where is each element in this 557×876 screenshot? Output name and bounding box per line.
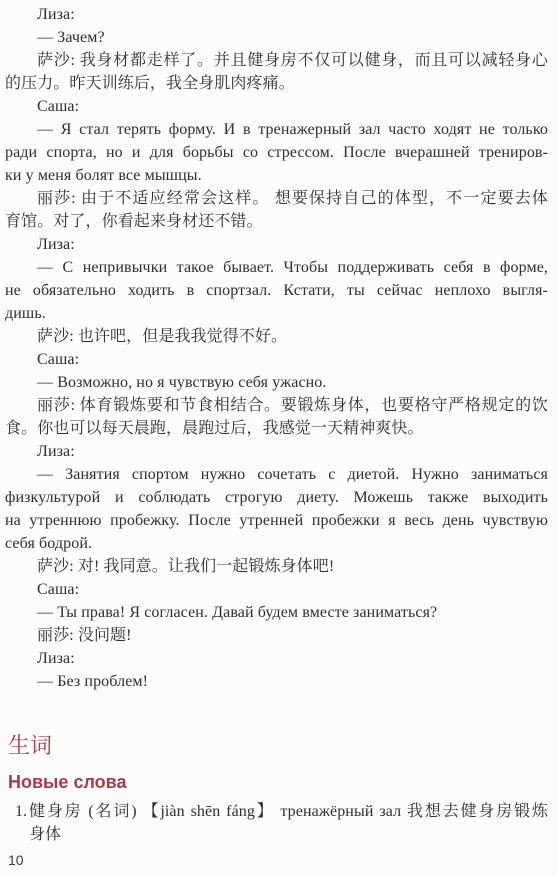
dialogue-line: физкультурой и соблюдать строгую диету. … [5, 486, 548, 509]
dialogue-line: 的压力。昨天训练后，我全身肌肉疼痛。 [5, 72, 548, 95]
dialogue-line: — С непривычки такое бывает. Чтобы подде… [5, 256, 548, 279]
dialogue-line: 萨沙: 我身材都走样了。并且健身房不仅可以健身，而且可以减轻身心 [5, 49, 548, 72]
dialogue-line: — Зачем? [5, 26, 548, 49]
dialogue-line: 丽莎: 体育锻炼要和节食相结合。要锻炼身体，也要格守严格规定的饮 [5, 394, 548, 417]
dialogue-line: 育馆。对了，你看起来身材还不错。 [5, 210, 548, 233]
speaker-label: Саша: [5, 578, 548, 601]
speaker-label: Лиза: [5, 233, 548, 256]
dialogue-line: — Без проблем! [5, 670, 548, 693]
speaker-label: Лиза: [5, 440, 548, 463]
dialogue-line: ради спорта, но и для борьбы со стрессом… [5, 141, 548, 164]
dialogue-line: — Ты права! Я согласен. Давай будем вмес… [5, 601, 548, 624]
vocab-item-number: 1. [15, 800, 27, 823]
dialogue-line: не обязательно ходить в спортзал. Кстати… [5, 279, 548, 302]
vocab-line: 健身房 (名词) 【jiàn shēn fáng】 тренажёрный за… [29, 800, 548, 823]
page-content: Лиза:— Зачем?萨沙: 我身材都走样了。并且健身房不仅可以健身，而且可… [0, 0, 557, 846]
vocab-line: 身体 [29, 823, 548, 846]
dialogue-line: 食。你也可以每天晨跑，晨跑过后，我感觉一天精神爽快。 [5, 417, 548, 440]
speaker-label: Саша: [5, 348, 548, 371]
speaker-label: Лиза: [5, 647, 548, 670]
textbook-page: Лиза:— Зачем?萨沙: 我身材都走样了。并且健身房不仅可以健身，而且可… [0, 0, 557, 876]
dialogue-line: дишь. [5, 302, 548, 325]
dialogue-line: — Занятия спортом нужно сочетать с дието… [5, 463, 548, 486]
dialogue-line: 萨沙: 对! 我同意。让我们一起锻炼身体吧! [5, 555, 548, 578]
page-number: 10 [8, 852, 24, 868]
vocabulary-list: 1.健身房 (名词) 【jiàn shēn fáng】 тренажёрный … [5, 800, 548, 846]
section-title-chinese: 生词 [8, 733, 548, 759]
dialogue-line: ки у меня болят все мышцы. [5, 164, 548, 187]
dialogue-line: 丽莎: 由于不适应经常会这样。 想要保持自己的体型，不一定要去体 [5, 187, 548, 210]
dialogue-section: Лиза:— Зачем?萨沙: 我身材都走样了。并且健身房不仅可以健身，而且可… [5, 3, 548, 693]
speaker-label: Лиза: [5, 3, 548, 26]
dialogue-line: 丽莎: 没问题! [5, 624, 548, 647]
dialogue-line: себя бодрой. [5, 532, 548, 555]
section-title-russian: Новые слова [8, 771, 548, 793]
dialogue-line: на утреннюю пробежку. После утренней про… [5, 509, 548, 532]
dialogue-line: 萨沙: 也许吧，但是我我觉得不好。 [5, 325, 548, 348]
speaker-label: Саша: [5, 95, 548, 118]
dialogue-line: — Я стал терять форму. И в тренажерный з… [5, 118, 548, 141]
vocab-item: 1.健身房 (名词) 【jiàn shēn fáng】 тренажёрный … [5, 800, 548, 846]
dialogue-line: — Возможно, но я чувствую себя ужасно. [5, 371, 548, 394]
